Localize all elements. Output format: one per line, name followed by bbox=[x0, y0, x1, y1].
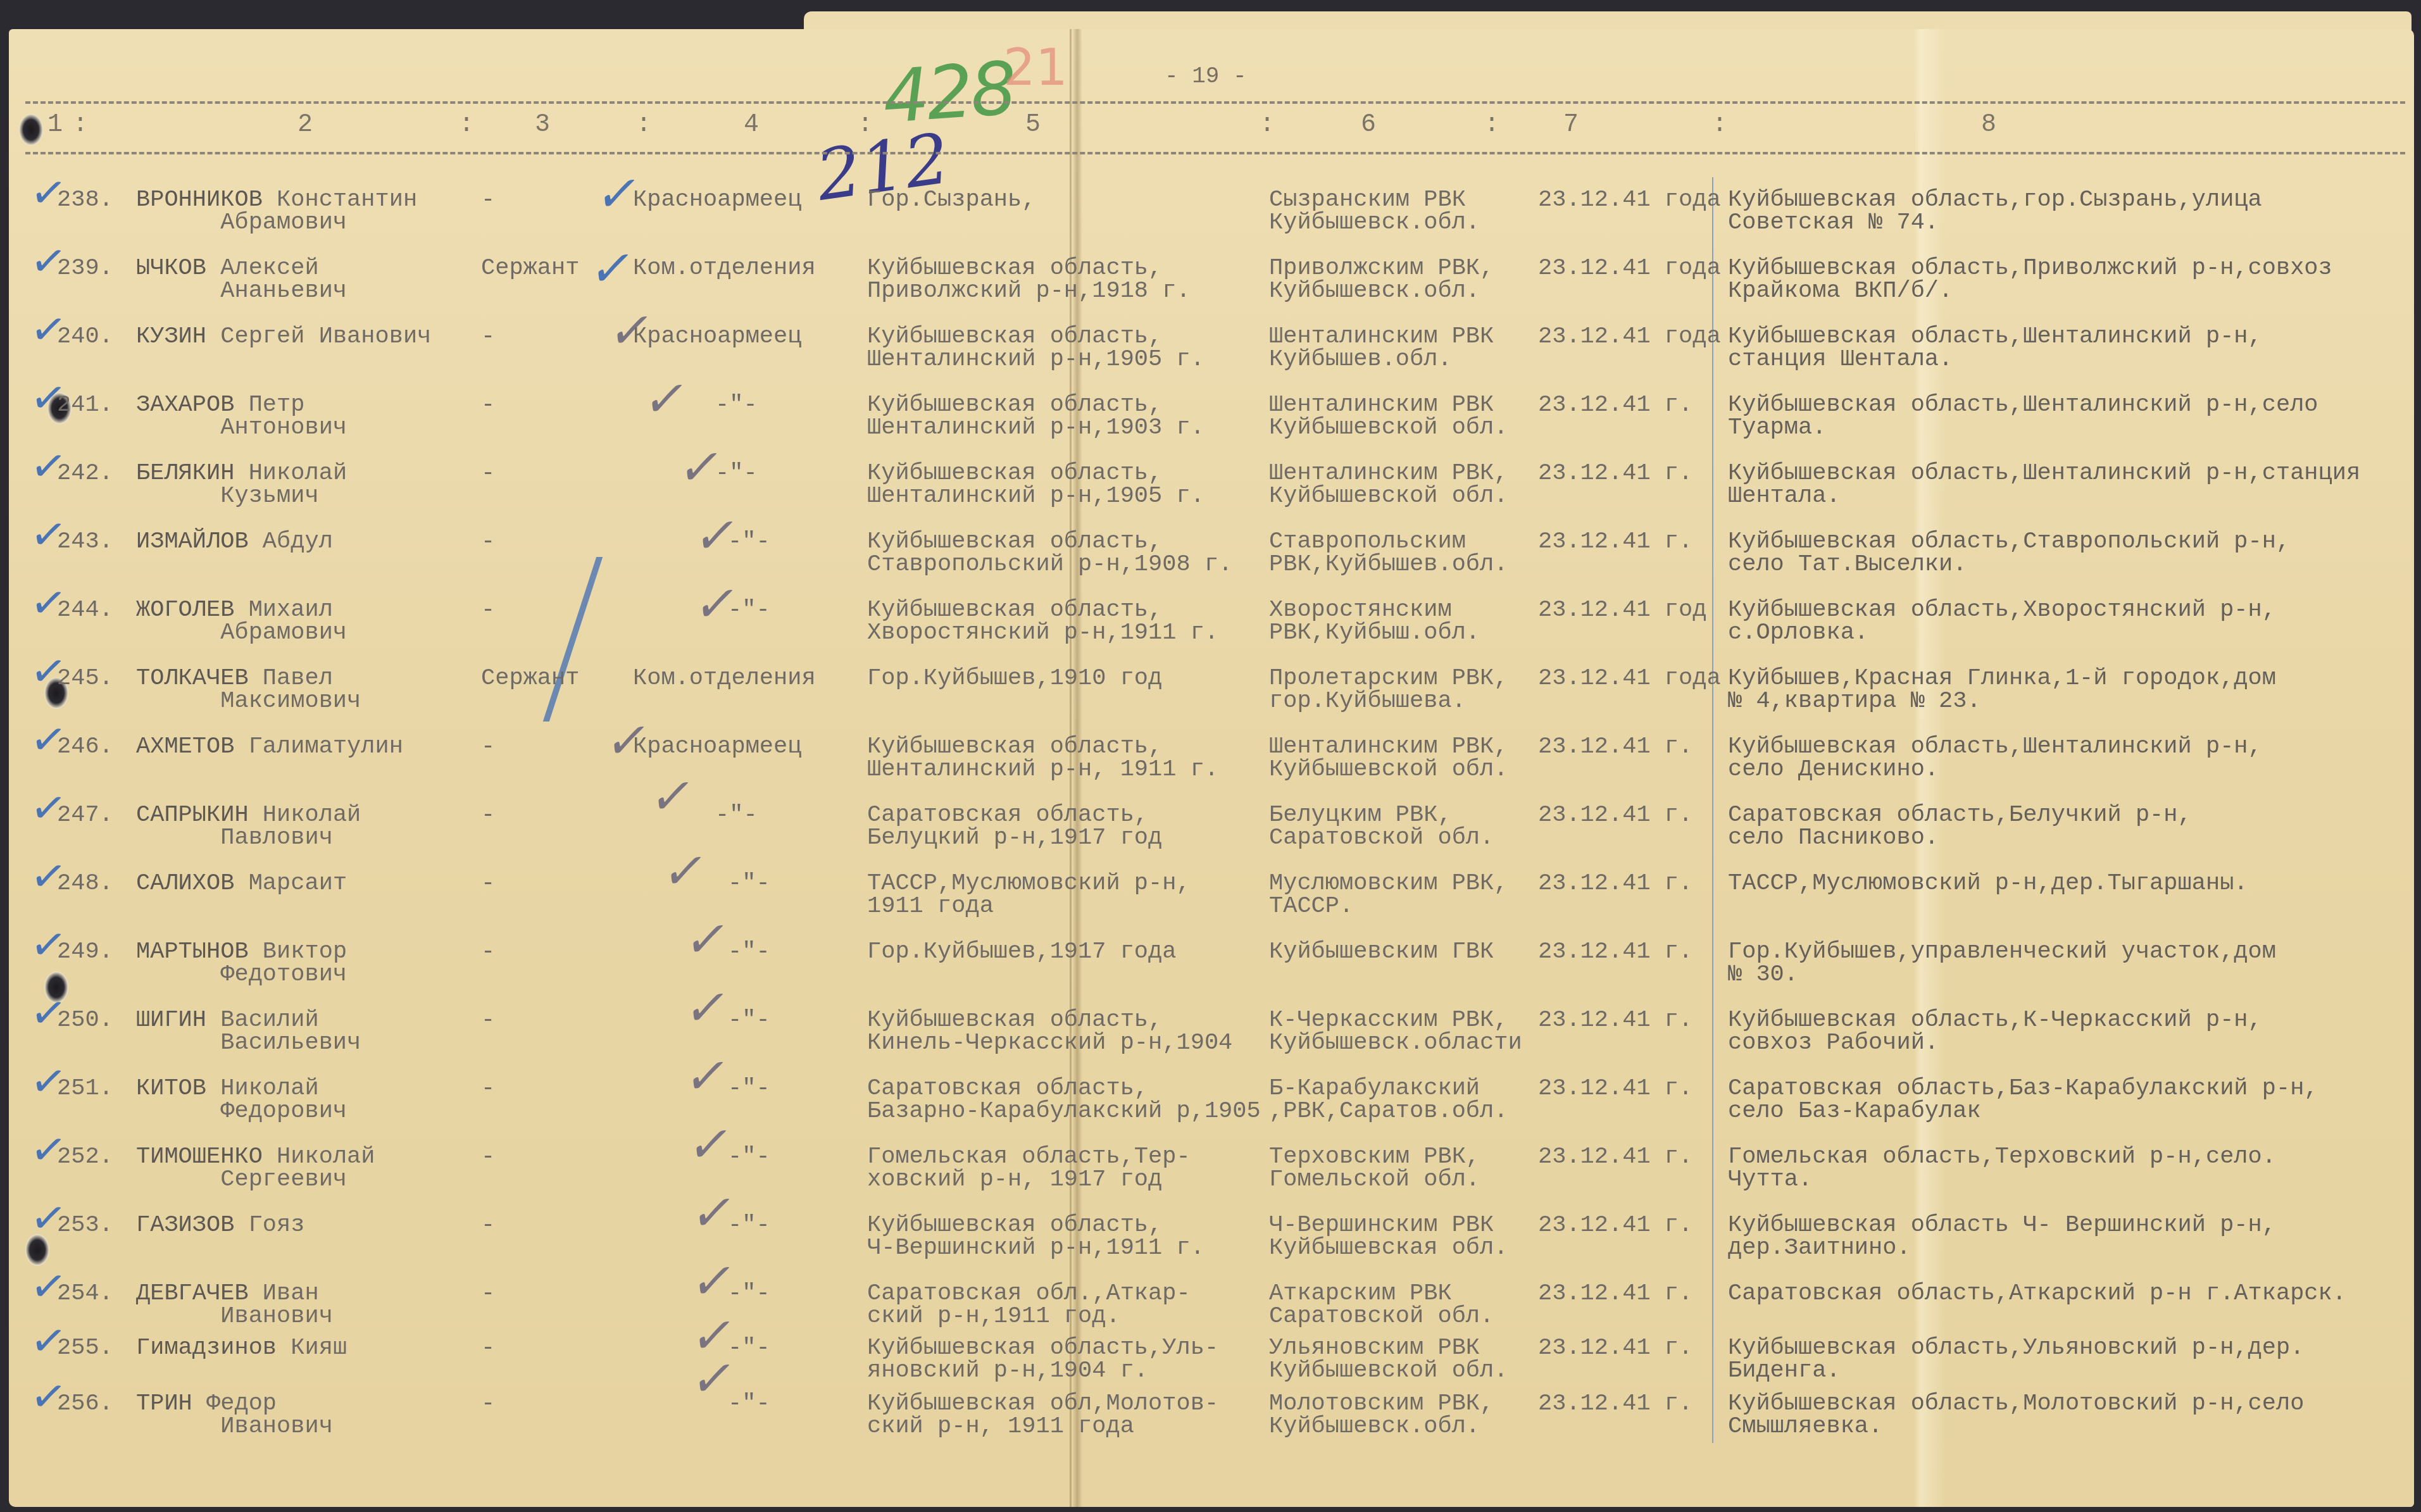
surname: КИТОВ bbox=[136, 1075, 206, 1102]
given-name: Абдул bbox=[263, 528, 333, 555]
rank: - bbox=[481, 189, 495, 211]
drafted-by: СтавропольскимРВК,Куйбышев.обл. bbox=[1269, 530, 1508, 576]
birthplace-line2: Хворостянский р-н,1911 г. bbox=[867, 620, 1218, 646]
address-line2: совхоз Рабочий. bbox=[1728, 1030, 1939, 1056]
rvk-line2: Куйбышевск.обл. bbox=[1269, 1413, 1480, 1440]
address-line2: Биденга. bbox=[1728, 1358, 1841, 1384]
drafted-by: Куйбышевским ГВК bbox=[1269, 940, 1494, 963]
birthplace: Гор.Куйбышев,1917 года bbox=[867, 940, 1176, 963]
draft-date: 23.12.41 г. bbox=[1538, 1077, 1692, 1100]
birthplace-line1: Гор.Куйбышев,1910 год bbox=[867, 665, 1162, 692]
post: -"- bbox=[728, 1146, 770, 1168]
row-number: 252. bbox=[57, 1146, 113, 1168]
address-line2: село Баз-Карабулак bbox=[1728, 1098, 1981, 1125]
rank: - bbox=[481, 804, 495, 827]
home-address: Куйбышевская область,Приволжский р-н,сов… bbox=[1728, 257, 2332, 303]
row-number: 254. bbox=[57, 1282, 113, 1305]
address-line2: Шентала. bbox=[1728, 483, 1841, 509]
birthplace: Гомельская область,Тер-ховский р-н, 1917… bbox=[867, 1146, 1191, 1191]
draft-date: 23.12.41 г. bbox=[1538, 1146, 1692, 1168]
birthplace: Гор.Сызрань, bbox=[867, 189, 1035, 211]
archive-stamp-red: 21 bbox=[1003, 38, 1068, 97]
home-address: Куйбышевская область,Шенталинский р-н,се… bbox=[1728, 394, 2318, 439]
post: -"- bbox=[715, 462, 758, 485]
drafted-by: Аткарским РВКСаратовской обл. bbox=[1269, 1282, 1494, 1328]
rank: - bbox=[481, 872, 495, 895]
address-line2: Советская № 74. bbox=[1728, 209, 1939, 236]
drafted-by: Шенталинским РВК,Куйбышевской обл. bbox=[1269, 462, 1508, 508]
rvk-line2: Куйбышев.обл. bbox=[1269, 346, 1452, 373]
address-line1: Гор.Куйбышев,управленческий участок,дом bbox=[1728, 939, 2276, 965]
register-row: ✓ 256. ТРИН Федор Иванович - ✓ -"- Куйбы… bbox=[0, 1392, 2421, 1456]
birthplace: Куйбышевская область,Ч-Вершинский р-н,19… bbox=[867, 1214, 1204, 1259]
address-line2: № 30. bbox=[1728, 961, 1798, 988]
address-line2: село Пасниково. bbox=[1728, 825, 1939, 851]
rank: - bbox=[481, 462, 495, 485]
rank: - bbox=[481, 1009, 495, 1032]
birthplace: Гор.Куйбышев,1910 год bbox=[867, 667, 1162, 690]
row-number: 247. bbox=[57, 804, 113, 827]
rank: - bbox=[481, 1337, 495, 1359]
draft-date: 23.12.41 г. bbox=[1538, 872, 1692, 895]
birthplace-line2: ховский р-н, 1917 год bbox=[867, 1166, 1162, 1193]
row-number: 240. bbox=[57, 325, 113, 348]
home-address: Куйбышевская область,Молотовский р-н,сел… bbox=[1728, 1392, 2304, 1438]
row-number: 246. bbox=[57, 735, 113, 758]
post: Красноармеец bbox=[633, 735, 801, 758]
rvk-line2: ТАССР. bbox=[1269, 893, 1353, 920]
home-address: Куйбышевская область,Шенталинский р-н,се… bbox=[1728, 735, 2262, 781]
person-name: Гимадзинов Кияш bbox=[136, 1337, 347, 1382]
draft-date: 23.12.41 год bbox=[1538, 599, 1706, 622]
drafted-by: Б-Карабулакский,РВК,Саратов.обл. bbox=[1269, 1077, 1508, 1123]
home-address: Куйбышевская область,Шенталинский р-н,ст… bbox=[1728, 325, 2262, 371]
rank: - bbox=[481, 735, 495, 758]
post: Красноармеец bbox=[633, 325, 801, 348]
rank: - bbox=[481, 1392, 495, 1415]
post: -"- bbox=[728, 599, 770, 622]
draft-date: 23.12.41 года bbox=[1538, 257, 1721, 280]
drafted-by: К-Черкасским РВК,Куйбышевск.области bbox=[1269, 1009, 1522, 1054]
address-line2: село Тат.Выселки. bbox=[1728, 551, 1967, 578]
rvk-line2: Куйбышевской обл. bbox=[1269, 415, 1508, 441]
register-row: ✓ 246. АХМЕТОВ Галиматулин - ✓ Красноарм… bbox=[0, 735, 2421, 799]
drafted-by: Шенталинским РВККуйбышевской обл. bbox=[1269, 394, 1508, 439]
home-address: Саратовская область,Баз-Карабулакский р-… bbox=[1728, 1077, 2318, 1123]
rvk-line2: РВК,Куйбышев.обл. bbox=[1269, 551, 1508, 578]
post: -"- bbox=[728, 1282, 770, 1305]
address-line2: Крайкома ВКП/б/. bbox=[1728, 278, 1953, 304]
post: -"- bbox=[728, 940, 770, 963]
birthplace-line2: Шенталинский р-н,1905 г. bbox=[867, 483, 1204, 509]
rvk-line2: Куйбышевская обл. bbox=[1269, 1235, 1508, 1261]
birthplace: Саратовская обл.,Аткар-ский р-н,1911 год… bbox=[867, 1282, 1191, 1328]
surname: ГАЗИЗОВ bbox=[136, 1212, 234, 1239]
address-line1: ТАССР,Муслюмовский р-н,дер.Тыгаршаны. bbox=[1728, 870, 2248, 897]
birthplace-line2: Ч-Вершинский р-н,1911 г. bbox=[867, 1235, 1204, 1261]
person-name: КУЗИН Сергей Иванович bbox=[136, 325, 431, 371]
register-row: ✓ 252. ТИМОШЕНКО Николай Сергеевич - ✓ -… bbox=[0, 1146, 2421, 1209]
person-name: АХМЕТОВ Галиматулин bbox=[136, 735, 403, 781]
draft-date: 23.12.41 г. bbox=[1538, 462, 1692, 485]
col-separator: : bbox=[1484, 111, 1499, 139]
register-row: ✓ 245. ТОЛКАЧЕВ Павел Максимович Сержант… bbox=[0, 667, 2421, 730]
register-row: ✓ 241. ЗАХАРОВ Петр Антонович - ✓ -"- Ку… bbox=[0, 394, 2421, 457]
birthplace: Куйбышевская область,Шенталинский р-н,19… bbox=[867, 394, 1204, 439]
patronymic: Абрамович bbox=[220, 620, 347, 646]
rvk-line2: Куйбышевск.обл. bbox=[1269, 278, 1480, 304]
rank: - bbox=[481, 1146, 495, 1168]
address-line2: Чутта. bbox=[1728, 1166, 1812, 1193]
rank: - bbox=[481, 394, 495, 416]
patronymic: Васильевич bbox=[220, 1030, 361, 1056]
rvk-line2: Гомельской обл. bbox=[1269, 1166, 1480, 1193]
header-rule-top bbox=[25, 101, 2405, 104]
post: -"- bbox=[728, 1392, 770, 1415]
birthplace-line2: Ставропольский р-н,1908 г. bbox=[867, 551, 1232, 578]
rank: - bbox=[481, 1077, 495, 1100]
post: -"- bbox=[715, 394, 758, 416]
drafted-by: Белуцким РВК,Саратовской обл. bbox=[1269, 804, 1494, 849]
row-number: 251. bbox=[57, 1077, 113, 1100]
birthplace-line2: яновский р-н,1904 г. bbox=[867, 1358, 1148, 1384]
surname: ШИГИН bbox=[136, 1007, 206, 1034]
birthplace-line2: Шенталинский р-н, 1911 г. bbox=[867, 756, 1218, 783]
rvk-line1: Куйбышевским ГВК bbox=[1269, 939, 1494, 965]
rvk-line2: Куйбышевской обл. bbox=[1269, 1358, 1508, 1384]
person-name: САПРЫКИН Николай Павлович bbox=[136, 804, 361, 849]
birthplace-line1: Гор.Сызрань, bbox=[867, 187, 1035, 213]
drafted-by: Терховским РВК,Гомельской обл. bbox=[1269, 1146, 1480, 1191]
header-rule-bottom bbox=[25, 152, 2405, 154]
home-address: Гомельская область,Терховский р-н,село.Ч… bbox=[1728, 1146, 2276, 1191]
person-name: БЕЛЯКИН Николай Кузьмич bbox=[136, 462, 347, 508]
surname: САЛИХОВ bbox=[136, 870, 234, 897]
person-name: ТРИН Федор Иванович bbox=[136, 1392, 333, 1438]
birthplace: Куйбышевская область,Кинель-Черкасский р… bbox=[867, 1009, 1232, 1054]
birthplace-line2: Белуцкий р-н,1917 год bbox=[867, 825, 1162, 851]
draft-date: 23.12.41 г. bbox=[1538, 1009, 1692, 1032]
col-header-3: 3 bbox=[535, 111, 550, 139]
birthplace: Куйбышевская область,Хворостянский р-н,1… bbox=[867, 599, 1218, 644]
register-row: ✓ 240. КУЗИН Сергей Иванович - ✓ Красноа… bbox=[0, 325, 2421, 389]
birthplace: Куйбышевская область,Шенталинский р-н, 1… bbox=[867, 735, 1218, 781]
home-address: Куйбышевская область,гор.Сызрань,улицаСо… bbox=[1728, 189, 2262, 234]
address-line2: № 4,квартира № 23. bbox=[1728, 688, 1981, 715]
patronymic: Иванович bbox=[220, 1413, 333, 1440]
row-number: 250. bbox=[57, 1009, 113, 1032]
register-row: ✓ 250. ШИГИН Василий Васильевич - ✓ -"- … bbox=[0, 1009, 2421, 1072]
given-name: Марсаит bbox=[249, 870, 347, 897]
address-line2: дер.Заитнино. bbox=[1728, 1235, 1911, 1261]
col-header-6: 6 bbox=[1361, 111, 1376, 139]
row-number: 248. bbox=[57, 872, 113, 895]
draft-date: 23.12.41 г. bbox=[1538, 804, 1692, 827]
person-name: ЗАХАРОВ Петр Антонович bbox=[136, 394, 347, 439]
address-line2: Туарма. bbox=[1728, 415, 1826, 441]
drafted-by: Приволжским РВК,Куйбышевск.обл. bbox=[1269, 257, 1494, 303]
home-address: Куйбышев,Красная Глинка,1-й городок,дом№… bbox=[1728, 667, 2276, 713]
address-line2: с.Орловка. bbox=[1728, 620, 1868, 646]
surname: КУЗИН bbox=[136, 323, 206, 350]
row-number: 249. bbox=[57, 940, 113, 963]
post: -"- bbox=[728, 1214, 770, 1237]
drafted-by: ХворостянскимРВК,Куйбыш.обл. bbox=[1269, 599, 1480, 644]
person-name: ВРОННИКОВ Константин Абрамович bbox=[136, 189, 417, 234]
birthplace-line2: Шенталинский р-н,1903 г. bbox=[867, 415, 1204, 441]
col-separator: : bbox=[1260, 111, 1275, 139]
drafted-by: Молотовским РВК,Куйбышевск.обл. bbox=[1269, 1392, 1494, 1438]
post: -"- bbox=[728, 1009, 770, 1032]
col-separator: : bbox=[858, 111, 873, 139]
home-address: Куйбышевская область Ч- Вершинский р-н,д… bbox=[1728, 1214, 2276, 1259]
person-name: ЖОГОЛЕВ Михаил Абрамович bbox=[136, 599, 347, 644]
birthplace-line2: ский р-н,1911 год. bbox=[867, 1303, 1120, 1330]
surname: ЫЧКОВ bbox=[136, 255, 206, 282]
col-separator: : bbox=[459, 111, 474, 139]
register-row: ✓ 251. КИТОВ Николай Федорович - ✓ -"- С… bbox=[0, 1077, 2421, 1140]
home-address: ТАССР,Муслюмовский р-н,дер.Тыгаршаны. bbox=[1728, 872, 2248, 895]
home-address: Куйбышевская область,К-Черкасский р-н,со… bbox=[1728, 1009, 2262, 1054]
patronymic: Федотович bbox=[220, 961, 347, 988]
birthplace-line2: Кинель-Черкасский р-н,1904 bbox=[867, 1030, 1232, 1056]
patronymic: Кузьмич bbox=[220, 483, 318, 509]
surname: Гимадзинов bbox=[136, 1335, 277, 1361]
post: Ком.отделения bbox=[633, 257, 816, 280]
post: Красноармеец bbox=[633, 189, 801, 211]
rank: - bbox=[481, 530, 495, 553]
given-name: Галиматулин bbox=[249, 734, 403, 760]
col-header-4: 4 bbox=[744, 111, 759, 139]
row-number: 238. bbox=[57, 189, 113, 211]
birthplace-line2: Базарно-Карабулакский р,1905 bbox=[867, 1098, 1261, 1125]
draft-date: 23.12.41 г. bbox=[1538, 1214, 1692, 1237]
row-number: 241. bbox=[57, 394, 113, 416]
birthplace: ТАССР,Муслюмовский р-н,1911 года bbox=[867, 872, 1191, 918]
person-name: ШИГИН Василий Васильевич bbox=[136, 1009, 361, 1054]
rvk-line2: Саратовской обл. bbox=[1269, 825, 1494, 851]
person-name: МАРТЫНОВ Виктор Федотович bbox=[136, 940, 347, 986]
person-name: ТИМОШЕНКО Николай Сергеевич bbox=[136, 1146, 375, 1191]
birthplace: Куйбышевская область,Приволжский р-н,191… bbox=[867, 257, 1191, 303]
post: -"- bbox=[715, 804, 758, 827]
surname: ТРИН bbox=[136, 1390, 192, 1417]
register-row: ✓ 244. ЖОГОЛЕВ Михаил Абрамович - ✓ -"- … bbox=[0, 599, 2421, 662]
col-separator: : bbox=[636, 111, 651, 139]
person-name: ИЗМАЙЛОВ Абдул bbox=[136, 530, 333, 576]
post: -"- bbox=[728, 872, 770, 895]
rvk-line2: Куйбышевск.обл. bbox=[1269, 209, 1480, 236]
draft-date: 23.12.41 г. bbox=[1538, 940, 1692, 963]
draft-date: 23.12.41 г. bbox=[1538, 530, 1692, 553]
address-line2: станция Шентала. bbox=[1728, 346, 1953, 373]
post: -"- bbox=[728, 530, 770, 553]
row-number: 245. bbox=[57, 667, 113, 690]
register-row: ✓ 242. БЕЛЯКИН Николай Кузьмич - ✓ -"- К… bbox=[0, 462, 2421, 525]
rvk-line2: Саратовской обл. bbox=[1269, 1303, 1494, 1330]
rank: - bbox=[481, 940, 495, 963]
birthplace-line2: Шенталинский р-н,1905 г. bbox=[867, 346, 1204, 373]
drafted-by: Сызранским РВККуйбышевск.обл. bbox=[1269, 189, 1480, 234]
rvk-line2: Куйбышевской обл. bbox=[1269, 483, 1508, 509]
register-row: ✓ 249. МАРТЫНОВ Виктор Федотович - ✓ -"-… bbox=[0, 940, 2421, 1004]
birthplace: Куйбышевская область,Уль-яновский р-н,19… bbox=[867, 1337, 1218, 1382]
row-number: 243. bbox=[57, 530, 113, 553]
draft-date: 23.12.41 г. bbox=[1538, 1392, 1692, 1415]
patronymic: Павлович bbox=[220, 825, 333, 851]
surname: АХМЕТОВ bbox=[136, 734, 234, 760]
address-line2: Смышляевка. bbox=[1728, 1413, 1882, 1440]
person-name: САЛИХОВ Марсаит bbox=[136, 872, 347, 918]
birthplace: Куйбышевская область,Ставропольский р-н,… bbox=[867, 530, 1232, 576]
birthplace: Куйбышевская обл,Молотов-ский р-н, 1911 … bbox=[867, 1392, 1218, 1438]
given-name: Гояз bbox=[249, 1212, 305, 1239]
register-row: ✓ 239. ЫЧКОВ Алексей Ананьевич Сержант ✓… bbox=[0, 257, 2421, 320]
col-header-8: 8 bbox=[1981, 111, 1996, 139]
birthplace: Куйбышевская область,Шенталинский р-н,19… bbox=[867, 325, 1204, 371]
draft-date: 23.12.41 г. bbox=[1538, 1282, 1692, 1305]
register-row: ✓ 253. ГАЗИЗОВ Гояз - ✓ -"- Куйбышевская… bbox=[0, 1214, 2421, 1277]
patronymic: Федорович bbox=[220, 1098, 347, 1125]
birthplace-line2: 1911 года bbox=[867, 893, 994, 920]
given-name: Сергей Иванович bbox=[220, 323, 431, 350]
rank: - bbox=[481, 1214, 495, 1237]
address-line2: село Денискино. bbox=[1728, 756, 1939, 783]
col-header-2: 2 bbox=[297, 111, 313, 139]
drafted-by: Ульяновским РВККуйбышевской обл. bbox=[1269, 1337, 1508, 1382]
rank: - bbox=[481, 1282, 495, 1305]
birthplace: Саратовская область,Белуцкий р-н,1917 го… bbox=[867, 804, 1162, 849]
scan-background-top bbox=[0, 0, 2421, 33]
home-address: Куйбышевская область,Шенталинский р-н,ст… bbox=[1728, 462, 2360, 508]
drafted-by: Ч-Вершинским РВККуйбышевская обл. bbox=[1269, 1214, 1508, 1259]
rvk-line2: ,РВК,Саратов.обл. bbox=[1269, 1098, 1508, 1125]
rvk-line2: Куйбышевской обл. bbox=[1269, 756, 1508, 783]
drafted-by: Шенталинским РВК,Куйбышевской обл. bbox=[1269, 735, 1508, 781]
col-separator: : bbox=[73, 111, 88, 139]
patronymic: Иванович bbox=[220, 1303, 333, 1330]
rvk-line2: РВК,Куйбыш.обл. bbox=[1269, 620, 1480, 646]
home-address: Куйбышевская область,Ставропольский р-н,… bbox=[1728, 530, 2290, 576]
person-name: КИТОВ Николай Федорович bbox=[136, 1077, 347, 1123]
patronymic: Антонович bbox=[220, 415, 347, 441]
register-row: ✓ 248. САЛИХОВ Марсаит - ✓ -"- ТАССР,Мус… bbox=[0, 872, 2421, 935]
patronymic: Абрамович bbox=[220, 209, 347, 236]
row-number: 239. bbox=[57, 257, 113, 280]
row-number: 255. bbox=[57, 1337, 113, 1359]
address-line1: Саратовская область,Аткарский р-н г.Атка… bbox=[1728, 1280, 2346, 1307]
patronymic: Максимович bbox=[220, 688, 361, 715]
patronymic: Ананьевич bbox=[220, 278, 347, 304]
col-separator: : bbox=[1712, 111, 1727, 139]
register-row: ✓ 247. САПРЫКИН Николай Павлович - ✓ -"-… bbox=[0, 804, 2421, 867]
col-header-5: 5 bbox=[1025, 111, 1041, 139]
home-address: Саратовская область,Белучкий р-н,село Па… bbox=[1728, 804, 2192, 849]
page-number: - 19 - bbox=[1165, 63, 1247, 89]
drafted-by: Пролетарским РВК,гор.Куйбышева. bbox=[1269, 667, 1508, 713]
post: Ком.отделения bbox=[633, 667, 816, 690]
row-number: 244. bbox=[57, 599, 113, 622]
birthplace-line1: Гор.Куйбышев,1917 года bbox=[867, 939, 1176, 965]
person-name: ДЕВГАЧЕВ Иван Иванович bbox=[136, 1282, 333, 1328]
row-number: 253. bbox=[57, 1214, 113, 1237]
rank: - bbox=[481, 325, 495, 348]
surname: ИЗМАЙЛОВ bbox=[136, 528, 249, 555]
rvk-line2: гор.Куйбышева. bbox=[1269, 688, 1466, 715]
person-name: ТОЛКАЧЕВ Павел Максимович bbox=[136, 667, 361, 713]
draft-date: 23.12.41 г. bbox=[1538, 735, 1692, 758]
draft-date: 23.12.41 года bbox=[1538, 667, 1721, 690]
patronymic: Сергеевич bbox=[220, 1166, 347, 1193]
binder-hole bbox=[19, 114, 43, 146]
rank: Сержант bbox=[481, 257, 579, 280]
drafted-by: Муслюмовским РВК,ТАССР. bbox=[1269, 872, 1508, 918]
draft-date: 23.12.41 года bbox=[1538, 189, 1721, 211]
col-header-1: 1 bbox=[47, 111, 63, 139]
given-name: Кияш bbox=[291, 1335, 347, 1361]
col-header-7: 7 bbox=[1563, 111, 1579, 139]
register-row: ✓ 243. ИЗМАЙЛОВ Абдул - ✓ -"- Куйбышевск… bbox=[0, 530, 2421, 594]
post: -"- bbox=[728, 1077, 770, 1100]
person-name: ЫЧКОВ Алексей Ананьевич bbox=[136, 257, 347, 303]
drafted-by: Шенталинским РВККуйбышев.обл. bbox=[1269, 325, 1494, 371]
birthplace-line2: ский р-н, 1911 года bbox=[867, 1413, 1134, 1440]
rvk-line2: Куйбышевск.области bbox=[1269, 1030, 1522, 1056]
rank: - bbox=[481, 599, 495, 622]
person-name: ГАЗИЗОВ Гояз bbox=[136, 1214, 304, 1259]
row-number: 256. bbox=[57, 1392, 113, 1415]
draft-date: 23.12.41 г. bbox=[1538, 1337, 1692, 1359]
draft-date: 23.12.41 года bbox=[1538, 325, 1721, 348]
birthplace: Саратовская область,Базарно-Карабулакски… bbox=[867, 1077, 1261, 1123]
home-address: Куйбышевская область,Хворостянский р-н,с… bbox=[1728, 599, 2276, 644]
row-number: 242. bbox=[57, 462, 113, 485]
home-address: Гор.Куйбышев,управленческий участок,дом№… bbox=[1728, 940, 2276, 986]
rank: Сержант bbox=[481, 667, 579, 690]
birthplace-line2: Приволжский р-н,1918 г. bbox=[867, 278, 1191, 304]
register-row: ✓ 238. ВРОННИКОВ Константин Абрамович - … bbox=[0, 189, 2421, 252]
home-address: Саратовская область,Аткарский р-н г.Атка… bbox=[1728, 1282, 2346, 1305]
birthplace: Куйбышевская область,Шенталинский р-н,19… bbox=[867, 462, 1204, 508]
home-address: Куйбышевская область,Ульяновский р-н,дер… bbox=[1728, 1337, 2304, 1382]
draft-date: 23.12.41 г. bbox=[1538, 394, 1692, 416]
